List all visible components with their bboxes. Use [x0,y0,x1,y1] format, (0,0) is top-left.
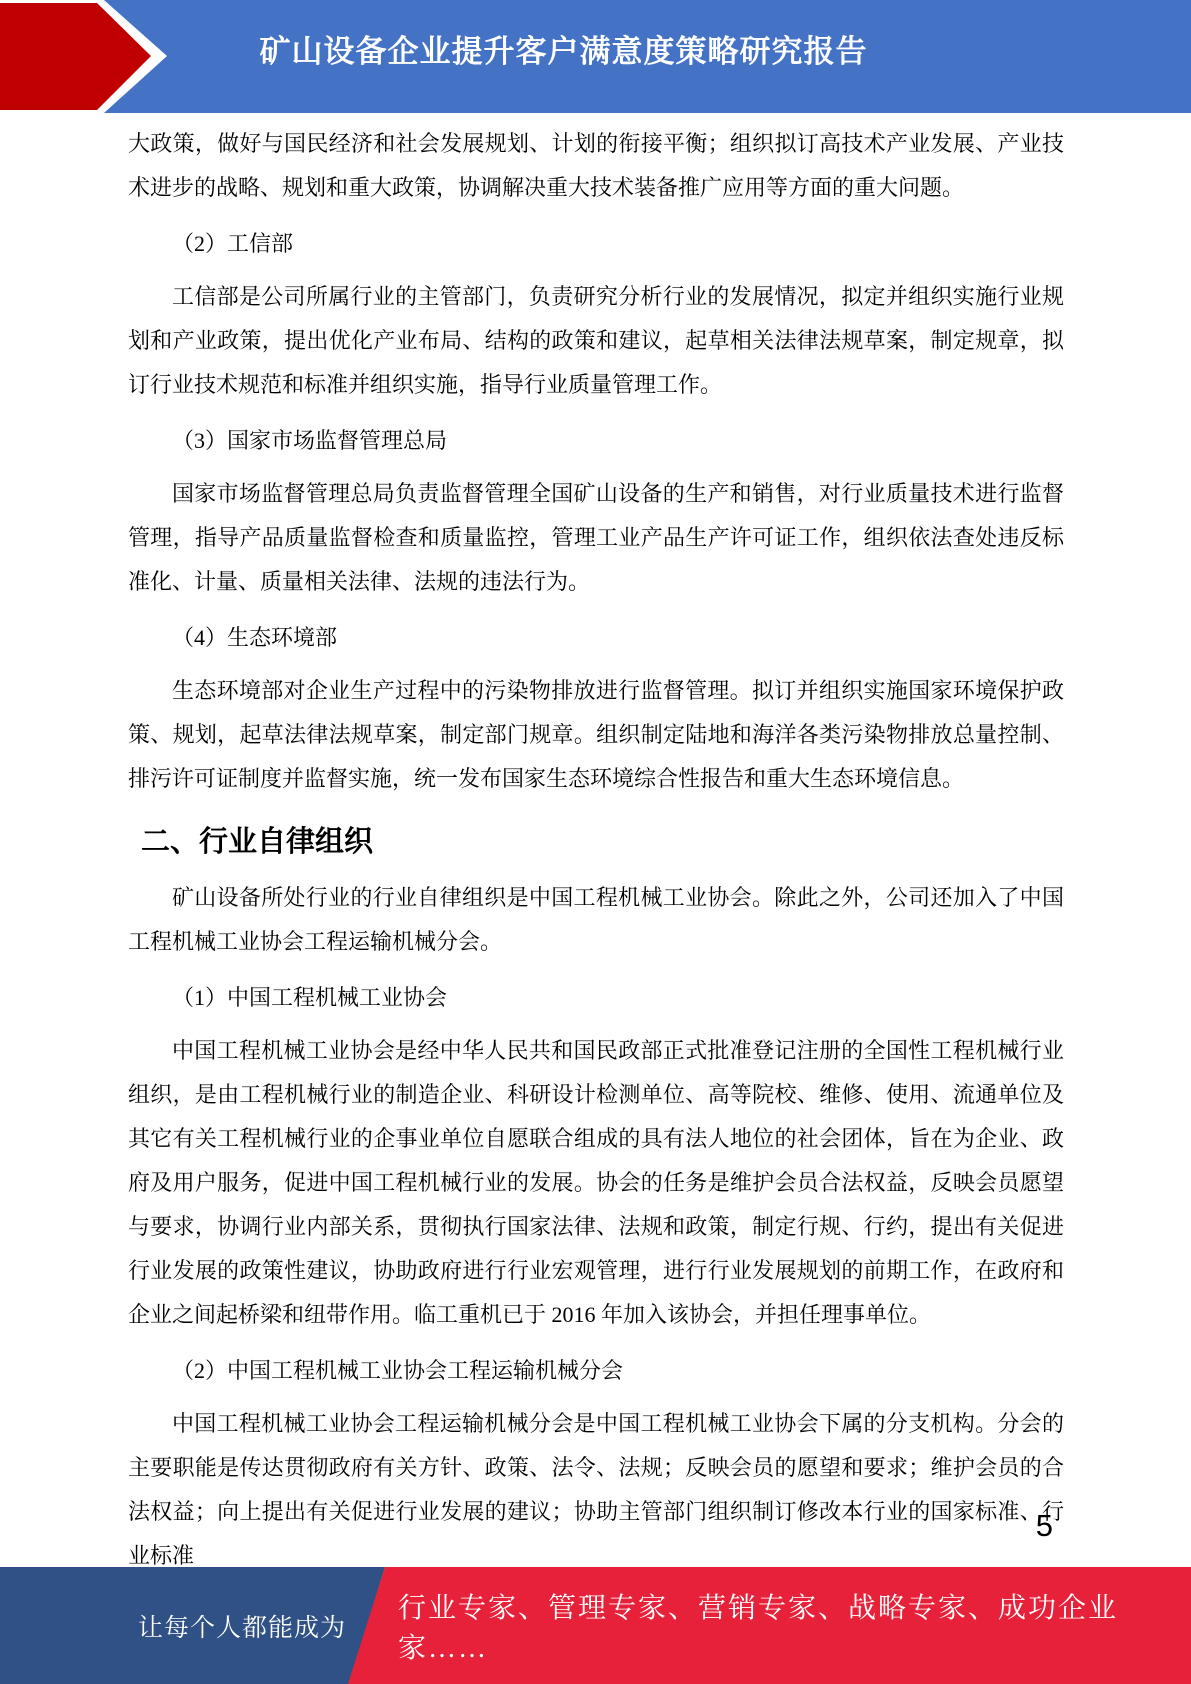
body-paragraph: 工信部是公司所属行业的主管部门，负责研究分析行业的发展情况，拟定并组织实施行业规… [128,275,1064,407]
subheading-ccma-branch: （2）中国工程机械工业协会工程运输机械分会 [128,1349,1064,1393]
subheading-mee: （4）生态环境部 [128,616,1064,660]
page-title: 矿山设备企业提升客户满意度策略研究报告 [0,0,1191,96]
page-footer: 让每个人都能成为 行业专家、管理专家、营销专家、战略专家、成功企业家…… [0,1567,1191,1684]
body-paragraph: 国家市场监督管理总局负责监督管理全国矿山设备的生产和销售，对行业质量技术进行监督… [128,472,1064,604]
report-page: 矿山设备企业提升客户满意度策略研究报告 大政策，做好与国民经济和社会发展规划、计… [0,0,1191,1684]
subheading-ccma: （1）中国工程机械工业协会 [128,976,1064,1020]
document-body: 大政策，做好与国民经济和社会发展规划、计划的衔接平衡；组织拟订高技术产业发展、产… [128,122,1064,1578]
subheading-samr: （3）国家市场监督管理总局 [128,419,1064,463]
body-paragraph: 生态环境部对企业生产过程中的污染物排放进行监督管理。拟订并组织实施国家环境保护政… [128,669,1064,801]
body-paragraph: 中国工程机械工业协会是经中华人民共和国民政部正式批准登记注册的全国性工程机械行业… [128,1029,1064,1337]
page-header: 矿山设备企业提升客户满意度策略研究报告 [0,0,1191,113]
body-paragraph: 中国工程机械工业协会工程运输机械分会是中国工程机械工业协会下属的分支机构。分会的… [128,1402,1064,1578]
footer-slogan-right: 行业专家、管理专家、营销专家、战略专家、成功企业家…… [398,1567,1191,1684]
footer-slogan-left: 让每个人都能成为 [138,1567,346,1684]
body-paragraph: 大政策，做好与国民经济和社会发展规划、计划的衔接平衡；组织拟订高技术产业发展、产… [128,122,1064,210]
subheading-miit: （2）工信部 [128,222,1064,266]
body-paragraph: 矿山设备所处行业的行业自律组织是中国工程机械工业协会。除此之外，公司还加入了中国… [128,876,1064,964]
page-number: 5 [1036,1506,1053,1546]
section-heading-industry-self-regulation: 二、行业自律组织 [128,817,1064,867]
